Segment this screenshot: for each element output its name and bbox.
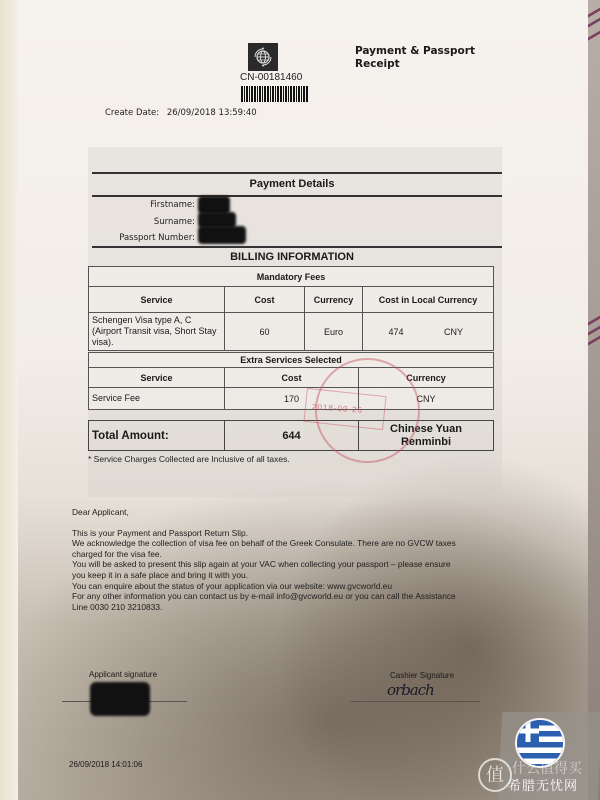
letter-greeting: Dear Applicant,: [72, 507, 492, 518]
total-table: Total Amount: 644 Chinese Yuan Renminbi: [88, 420, 494, 451]
total-label: Total Amount:: [89, 421, 225, 451]
watermark-badge: 值: [478, 758, 512, 792]
local-cost-value: 474: [366, 327, 426, 337]
letter-line: charged for the visa fee.: [72, 549, 492, 560]
redacted-applicant-signature: [90, 682, 150, 716]
currency-cell: Euro: [305, 313, 363, 351]
barcode: [241, 86, 316, 102]
print-date: 26/09/2018 14:01:06: [69, 760, 142, 769]
letter-line: For any other information you can contac…: [72, 591, 492, 602]
local-cost-cell: 474 CNY: [363, 313, 494, 351]
local-currency-value: CNY: [429, 327, 479, 337]
col-local-cost: Cost in Local Currency: [363, 287, 494, 313]
cashier-signature: orbach: [387, 681, 434, 699]
letter-line: You will be asked to present this slip a…: [72, 559, 492, 570]
firstname-label: Firstname:: [85, 200, 195, 210]
cashier-signature-line: [350, 701, 480, 702]
redacted-passport-number: [198, 226, 246, 244]
watermark-text-bottom: 希腊无忧网: [508, 775, 578, 794]
service-cell: Service Fee: [89, 388, 225, 410]
col-service: Service: [89, 287, 225, 313]
extra-services-table: Extra Services Selected Service Cost Cur…: [88, 352, 494, 410]
cost-cell: 60: [225, 313, 305, 351]
mandatory-fees-table: Mandatory Fees Service Cost Currency Cos…: [88, 266, 494, 351]
title-line-1: Payment & Passport: [355, 45, 475, 58]
paper-edge: [0, 0, 18, 800]
col-service: Service: [89, 368, 225, 388]
letter-line: This is your Payment and Passport Return…: [72, 528, 492, 539]
table-row: Service Fee 170 CNY: [89, 388, 494, 410]
cashier-signature-label: Cashier Signature: [390, 671, 454, 680]
divider: [92, 246, 502, 248]
extra-services-caption: Extra Services Selected: [89, 353, 494, 368]
document-title: Payment & Passport Receipt: [355, 45, 475, 71]
letter-line: You can enquire about the status of your…: [72, 581, 492, 592]
create-date-label: Create Date:: [105, 108, 159, 118]
col-cost: Cost: [225, 287, 305, 313]
table-row: Schengen Visa type A, C (Airport Transit…: [89, 313, 494, 351]
divider: [92, 195, 502, 197]
billing-title: BILLING INFORMATION: [92, 251, 492, 263]
globe-icon: [248, 43, 278, 71]
col-currency: Currency: [305, 287, 363, 313]
mandatory-fees-caption: Mandatory Fees: [89, 267, 494, 287]
surname-label: Surname:: [85, 217, 195, 227]
service-cell: Schengen Visa type A, C (Airport Transit…: [89, 313, 225, 351]
create-date: Create Date: 26/09/2018 13:59:40: [105, 108, 257, 118]
letter-line: Line 0030 210 3210833.: [72, 602, 492, 613]
title-line-2: Receipt: [355, 58, 475, 71]
passport-number-label: Passport Number:: [85, 233, 195, 243]
applicant-letter: Dear Applicant, This is your Payment and…: [72, 507, 492, 612]
divider: [92, 172, 502, 174]
letter-line: you keep it in a safe place and bring it…: [72, 570, 492, 581]
payment-details-title: Payment Details: [92, 178, 492, 190]
reference-number: CN-00181460: [240, 72, 302, 83]
create-date-value: 26/09/2018 13:59:40: [167, 108, 257, 118]
applicant-signature-label: Applicant signature: [89, 670, 157, 679]
receipt-paper: CN-00181460 Payment & Passport Receipt C…: [0, 0, 588, 800]
tax-note: * Service Charges Collected are Inclusiv…: [88, 454, 290, 464]
letter-line: We acknowledge the collection of visa fe…: [72, 538, 492, 549]
